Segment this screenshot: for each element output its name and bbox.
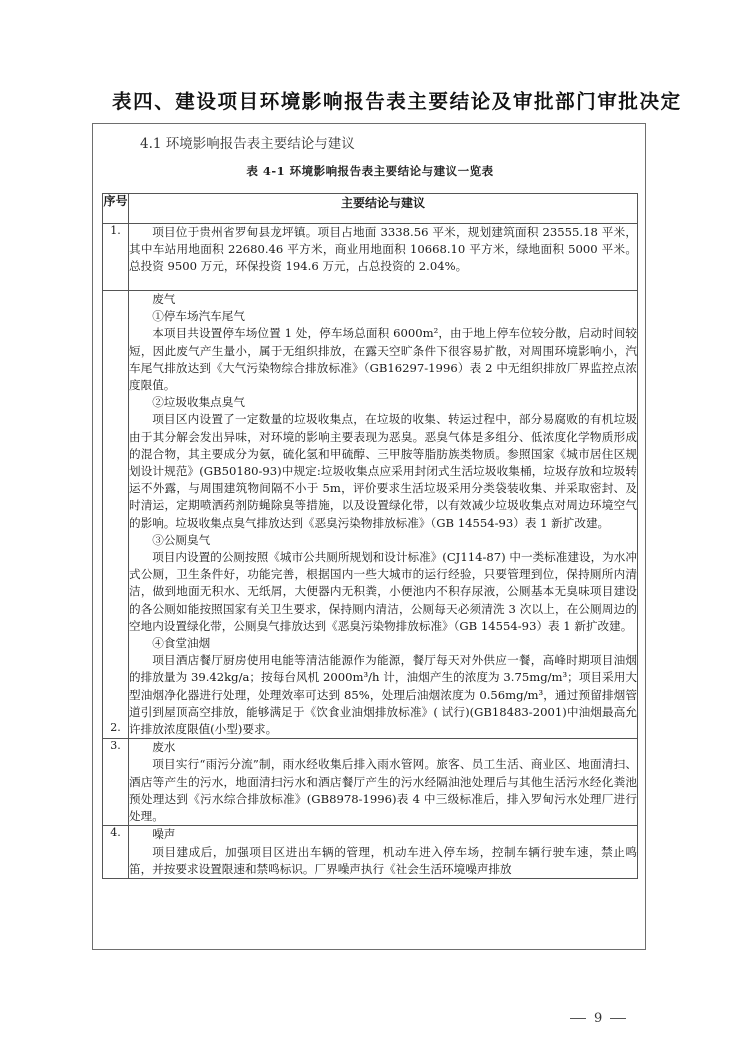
- row-number: 2.: [103, 291, 129, 739]
- table-header-row: 序号 主要结论与建议: [103, 194, 638, 224]
- header-serial-number: 序号: [103, 194, 129, 224]
- row-content: 废气 ①停车场汽车尾气 本项目共设置停车场位置 1 处，停车场总面积 6000m…: [129, 291, 638, 739]
- subsection-label: ④食堂油烟: [129, 635, 637, 652]
- subsection-label: ①停车场汽车尾气: [129, 308, 637, 325]
- row-content: 废水 项目实行“雨污分流”制，雨水经收集后排入雨水管网。旅客、员工生活、商业区、…: [129, 739, 638, 826]
- row-number-label: 2.: [110, 721, 121, 734]
- table-row: 4. 噪声 项目建成后，加强项目区进出车辆的管理，机动车进入停车场，控制车辆行驶…: [103, 826, 638, 879]
- document-title: 表四、建设项目环境影响报告表主要结论及审批部门审批决定: [112, 86, 672, 114]
- table-row: 3. 废水 项目实行“雨污分流”制，雨水经收集后排入雨水管网。旅客、员工生活、商…: [103, 739, 638, 826]
- conclusions-table: 序号 主要结论与建议 1. 项目位于贵州省罗甸县龙坪镇。项目占地面 3338.5…: [102, 193, 638, 879]
- paragraph: 项目建成后，加强项目区进出车辆的管理，机动车进入停车场，控制车辆行驶车速，禁止鸣…: [129, 844, 637, 878]
- paragraph: 项目酒店餐厅厨房使用电能等清洁能源作为能源，餐厅每天对外供应一餐，高峰时期项目油…: [129, 652, 637, 738]
- dash-decoration: [610, 1018, 626, 1019]
- row-content: 噪声 项目建成后，加强项目区进出车辆的管理，机动车进入停车场，控制车辆行驶车速，…: [129, 826, 638, 879]
- subsection-label: ③公厕臭气: [129, 532, 637, 549]
- table-row: 1. 项目位于贵州省罗甸县龙坪镇。项目占地面 3338.56 平米，规划建筑面积…: [103, 224, 638, 291]
- row-number: 4.: [103, 826, 129, 879]
- subsection-label: 废气: [129, 291, 637, 308]
- paragraph: 项目位于贵州省罗甸县龙坪镇。项目占地面 3338.56 平米，规划建筑面积 23…: [129, 224, 637, 276]
- row-number: 1.: [103, 224, 129, 291]
- subsection-label: 噪声: [129, 826, 637, 843]
- paragraph: 项目内设置的公厕按照《城市公共厕所规划和设计标准》(CJ114-87) 中一类标…: [129, 549, 637, 635]
- header-main-conclusions: 主要结论与建议: [129, 194, 638, 224]
- section-heading: 4.1 环境影响报告表主要结论与建议: [140, 132, 355, 152]
- row-number: 3.: [103, 739, 129, 826]
- paragraph: 本项目共设置停车场位置 1 处，停车场总面积 6000m²，由于地上停车位较分散…: [129, 325, 637, 394]
- table-row: 2. 废气 ①停车场汽车尾气 本项目共设置停车场位置 1 处，停车场总面积 60…: [103, 291, 638, 739]
- paragraph: 项目实行“雨污分流”制，雨水经收集后排入雨水管网。旅客、员工生活、商业区、地面清…: [129, 756, 637, 825]
- table-caption: 表 4-1 环境影响报告表主要结论与建议一览表: [0, 163, 740, 179]
- dash-decoration: [570, 1018, 586, 1019]
- paragraph: 项目区内设置了一定数量的垃圾收集点，在垃圾的收集、转运过程中，部分易腐败的有机垃…: [129, 411, 637, 531]
- row-content: 项目位于贵州省罗甸县龙坪镇。项目占地面 3338.56 平米，规划建筑面积 23…: [129, 224, 638, 291]
- subsection-label: 废水: [129, 739, 637, 756]
- subsection-label: ②垃圾收集点臭气: [129, 394, 637, 411]
- page-number: 9: [562, 1011, 634, 1026]
- page-number-value: 9: [594, 1011, 602, 1026]
